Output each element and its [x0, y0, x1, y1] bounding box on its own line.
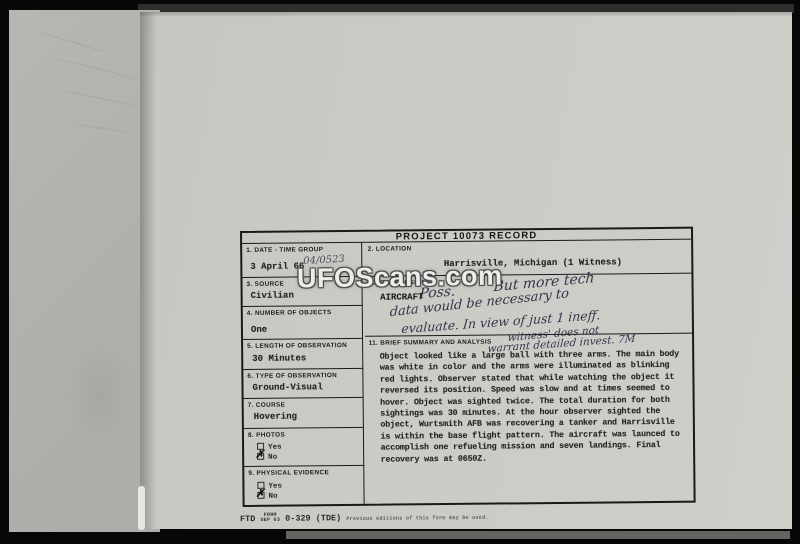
field-photos: 8. PHOTOS Yes ✗No [244, 428, 364, 467]
field-physical-evidence: 9. PHYSICAL EVIDENCE Yes ✗No [244, 466, 364, 505]
field-label: 2. LOCATION [368, 245, 412, 252]
form-agency: FTD [240, 514, 255, 524]
field-label: 5. LENGTH OF OBSERVATION [247, 341, 347, 349]
crease-mark [50, 57, 143, 82]
checkbox-label: Yes [268, 483, 282, 491]
checkbox-no-row: ✗No [258, 492, 278, 501]
field-value: 30 Minutes [252, 353, 306, 364]
field-course: 7. COURSE Hovering [244, 398, 364, 429]
field-label: 3. SOURCE [246, 280, 284, 287]
page-edge-highlight [138, 486, 145, 530]
field-label: 4. NUMBER OF OBJECTS [247, 309, 332, 317]
field-value: Ground-Visual [252, 382, 322, 393]
crease-mark [62, 89, 143, 108]
form-footnote: Previous editions of this form may be us… [346, 515, 489, 523]
crease-mark [38, 31, 109, 55]
field-label: 7. COURSE [248, 401, 286, 408]
field-label: 11. BRIEF SUMMARY AND ANALYSIS [369, 338, 492, 346]
checkbox-label: No [269, 493, 278, 501]
field-label: 1. DATE - TIME GROUP [246, 246, 323, 254]
field-number-of-objects: 4. NUMBER OF OBJECTS One [243, 306, 363, 340]
smudge-mark [64, 340, 134, 450]
scanned-document-view: PROJECT 10073 RECORD 1. DATE - TIME GROU… [0, 0, 800, 544]
field-label: 9. PHYSICAL EVIDENCE [248, 469, 329, 477]
field-value: Civilian [251, 290, 294, 300]
field-value: One [251, 325, 267, 335]
x-mark-icon: ✗ [255, 487, 264, 500]
field-length-of-observation: 5. LENGTH OF OBSERVATION 30 Minutes [243, 339, 363, 370]
field-label: 8. PHOTOS [248, 431, 285, 438]
x-mark-icon: ✗ [255, 448, 264, 461]
form-number: 0-329 (TDE) [285, 513, 341, 524]
form-date-stack: FORM SEP 63 [260, 513, 280, 524]
field-brief-summary: 11. BRIEF SUMMARY AND ANALYSIS Object lo… [365, 334, 694, 504]
crease-mark [73, 123, 133, 134]
field-type-of-observation: 6. TYPE OF OBSERVATION Ground-Visual [243, 369, 363, 399]
checkbox-label: No [268, 454, 277, 462]
checkbox-no-row: ✗No [257, 453, 277, 462]
checkbox-label: Yes [268, 444, 282, 452]
ufoscans-watermark: UFOScans.com [297, 261, 503, 295]
blank-backing-page [9, 10, 160, 532]
field-value: Hovering [254, 411, 297, 421]
checkbox-icon: ✗ [257, 453, 264, 460]
field-label: 6. TYPE OF OBSERVATION [247, 372, 337, 380]
form-date: SEP 63 [260, 518, 280, 523]
summary-text: Object looked like a large ball with thr… [380, 349, 687, 466]
scan-bottom-strip [286, 531, 790, 539]
checkbox-icon: ✗ [258, 492, 265, 499]
